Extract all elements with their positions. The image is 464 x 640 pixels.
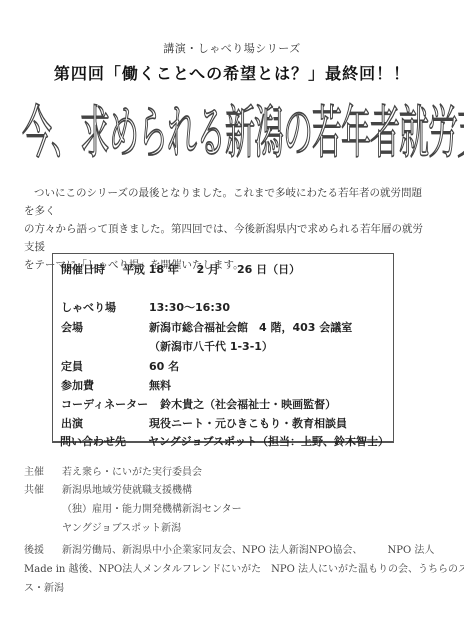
- cohost-value-3: ヤングジョブスポット新潟: [62, 519, 181, 534]
- host-label: 主催: [24, 463, 44, 478]
- info-row-venue: 会場新潟市総合福祉会館 4 階，403 会議室: [61, 319, 352, 335]
- date-day: 26 日（日）: [237, 263, 300, 276]
- event-date-row: 開催日時 平成 18 年 2 月 26 日（日）: [61, 261, 314, 277]
- info-row-fee: 参加費無料: [61, 377, 171, 393]
- date-year: 平成 18 年: [123, 263, 179, 276]
- info-row-contact: 問い合わせ先ヤングジョブスポット（担当：上野、鈴木智士）: [60, 433, 389, 449]
- info-label: 問い合わせ先: [60, 433, 148, 449]
- info-label: しゃべり場: [61, 299, 149, 315]
- info-value: 新潟市総合福祉会館 4 階，403 会議室: [149, 319, 352, 335]
- event-info-box: 開催日時 平成 18 年 2 月 26 日（日） しゃべり場13:30～16:3…: [52, 253, 394, 443]
- intro-line-2: の方々から語って頂きました。第四回では、今後新潟県内で求められる若年層の就労支援: [24, 220, 428, 256]
- info-value: 鈴木貴之（社会福祉士・映画監督）: [160, 396, 336, 412]
- info-row-time: しゃべり場13:30～16:30: [61, 299, 230, 315]
- support-section: 後援新潟労働局、新潟県中小企業家同友会、NPO 法人新潟NPO協会、 NPO 法…: [24, 541, 424, 598]
- cohost-value-1: 新潟県地域労使就職支援機構: [62, 481, 192, 496]
- info-label: 参加費: [61, 377, 149, 393]
- info-row-coordinator: コーディネーター鈴木貴之（社会福祉士・映画監督）: [61, 396, 336, 412]
- venue-address-text: （新潟市八千代 1-3-1）: [149, 338, 273, 354]
- support-line-2: Made in 越後、NPO法人メンタルフレンドにいがた NPO 法人にいがた温…: [24, 560, 424, 579]
- info-value: 現役ニート・元ひきこもり・教育相談員: [149, 415, 347, 431]
- info-value: 60 名: [149, 358, 179, 374]
- info-value: 13:30～16:30: [149, 299, 230, 315]
- info-row-capacity: 定員60 名: [61, 358, 179, 374]
- info-value: ヤングジョブスポット（担当：上野、鈴木智士）: [148, 433, 389, 449]
- cohost-value-2: （独）雇用・能力開発機構新潟センター: [62, 500, 242, 515]
- host-value: 若え衆ら・にいがた実行委員会: [62, 463, 202, 478]
- cohost-label: 共催: [24, 481, 44, 496]
- info-label: 会場: [61, 319, 149, 335]
- date-label: 開催日時: [61, 263, 105, 276]
- support-line-1: 新潟労働局、新潟県中小企業家同友会、NPO 法人新潟NPO協会、 NPO 法人: [62, 545, 434, 556]
- info-label: 定員: [61, 358, 149, 374]
- info-row-performers: 出演現役ニート・元ひきこもり・教育相談員: [61, 415, 347, 431]
- info-value: 無料: [149, 377, 171, 393]
- support-label: 後援: [24, 541, 62, 560]
- main-title: 今、求められる新潟の若年者就労支援とは？: [22, 69, 442, 202]
- info-label: 出演: [61, 415, 149, 431]
- intro-line-1: ついにこのシリーズの最後となりました。これまで多岐にわたる若年者の就労問題を多く: [24, 184, 428, 220]
- date-month: 2 月: [197, 263, 219, 276]
- venue-address: （新潟市八千代 1-3-1）: [149, 338, 273, 354]
- series-label: 講演・しゃべり場シリーズ: [0, 40, 464, 56]
- info-label: コーディネーター: [61, 396, 148, 412]
- support-line-3: ス・新潟: [24, 579, 424, 598]
